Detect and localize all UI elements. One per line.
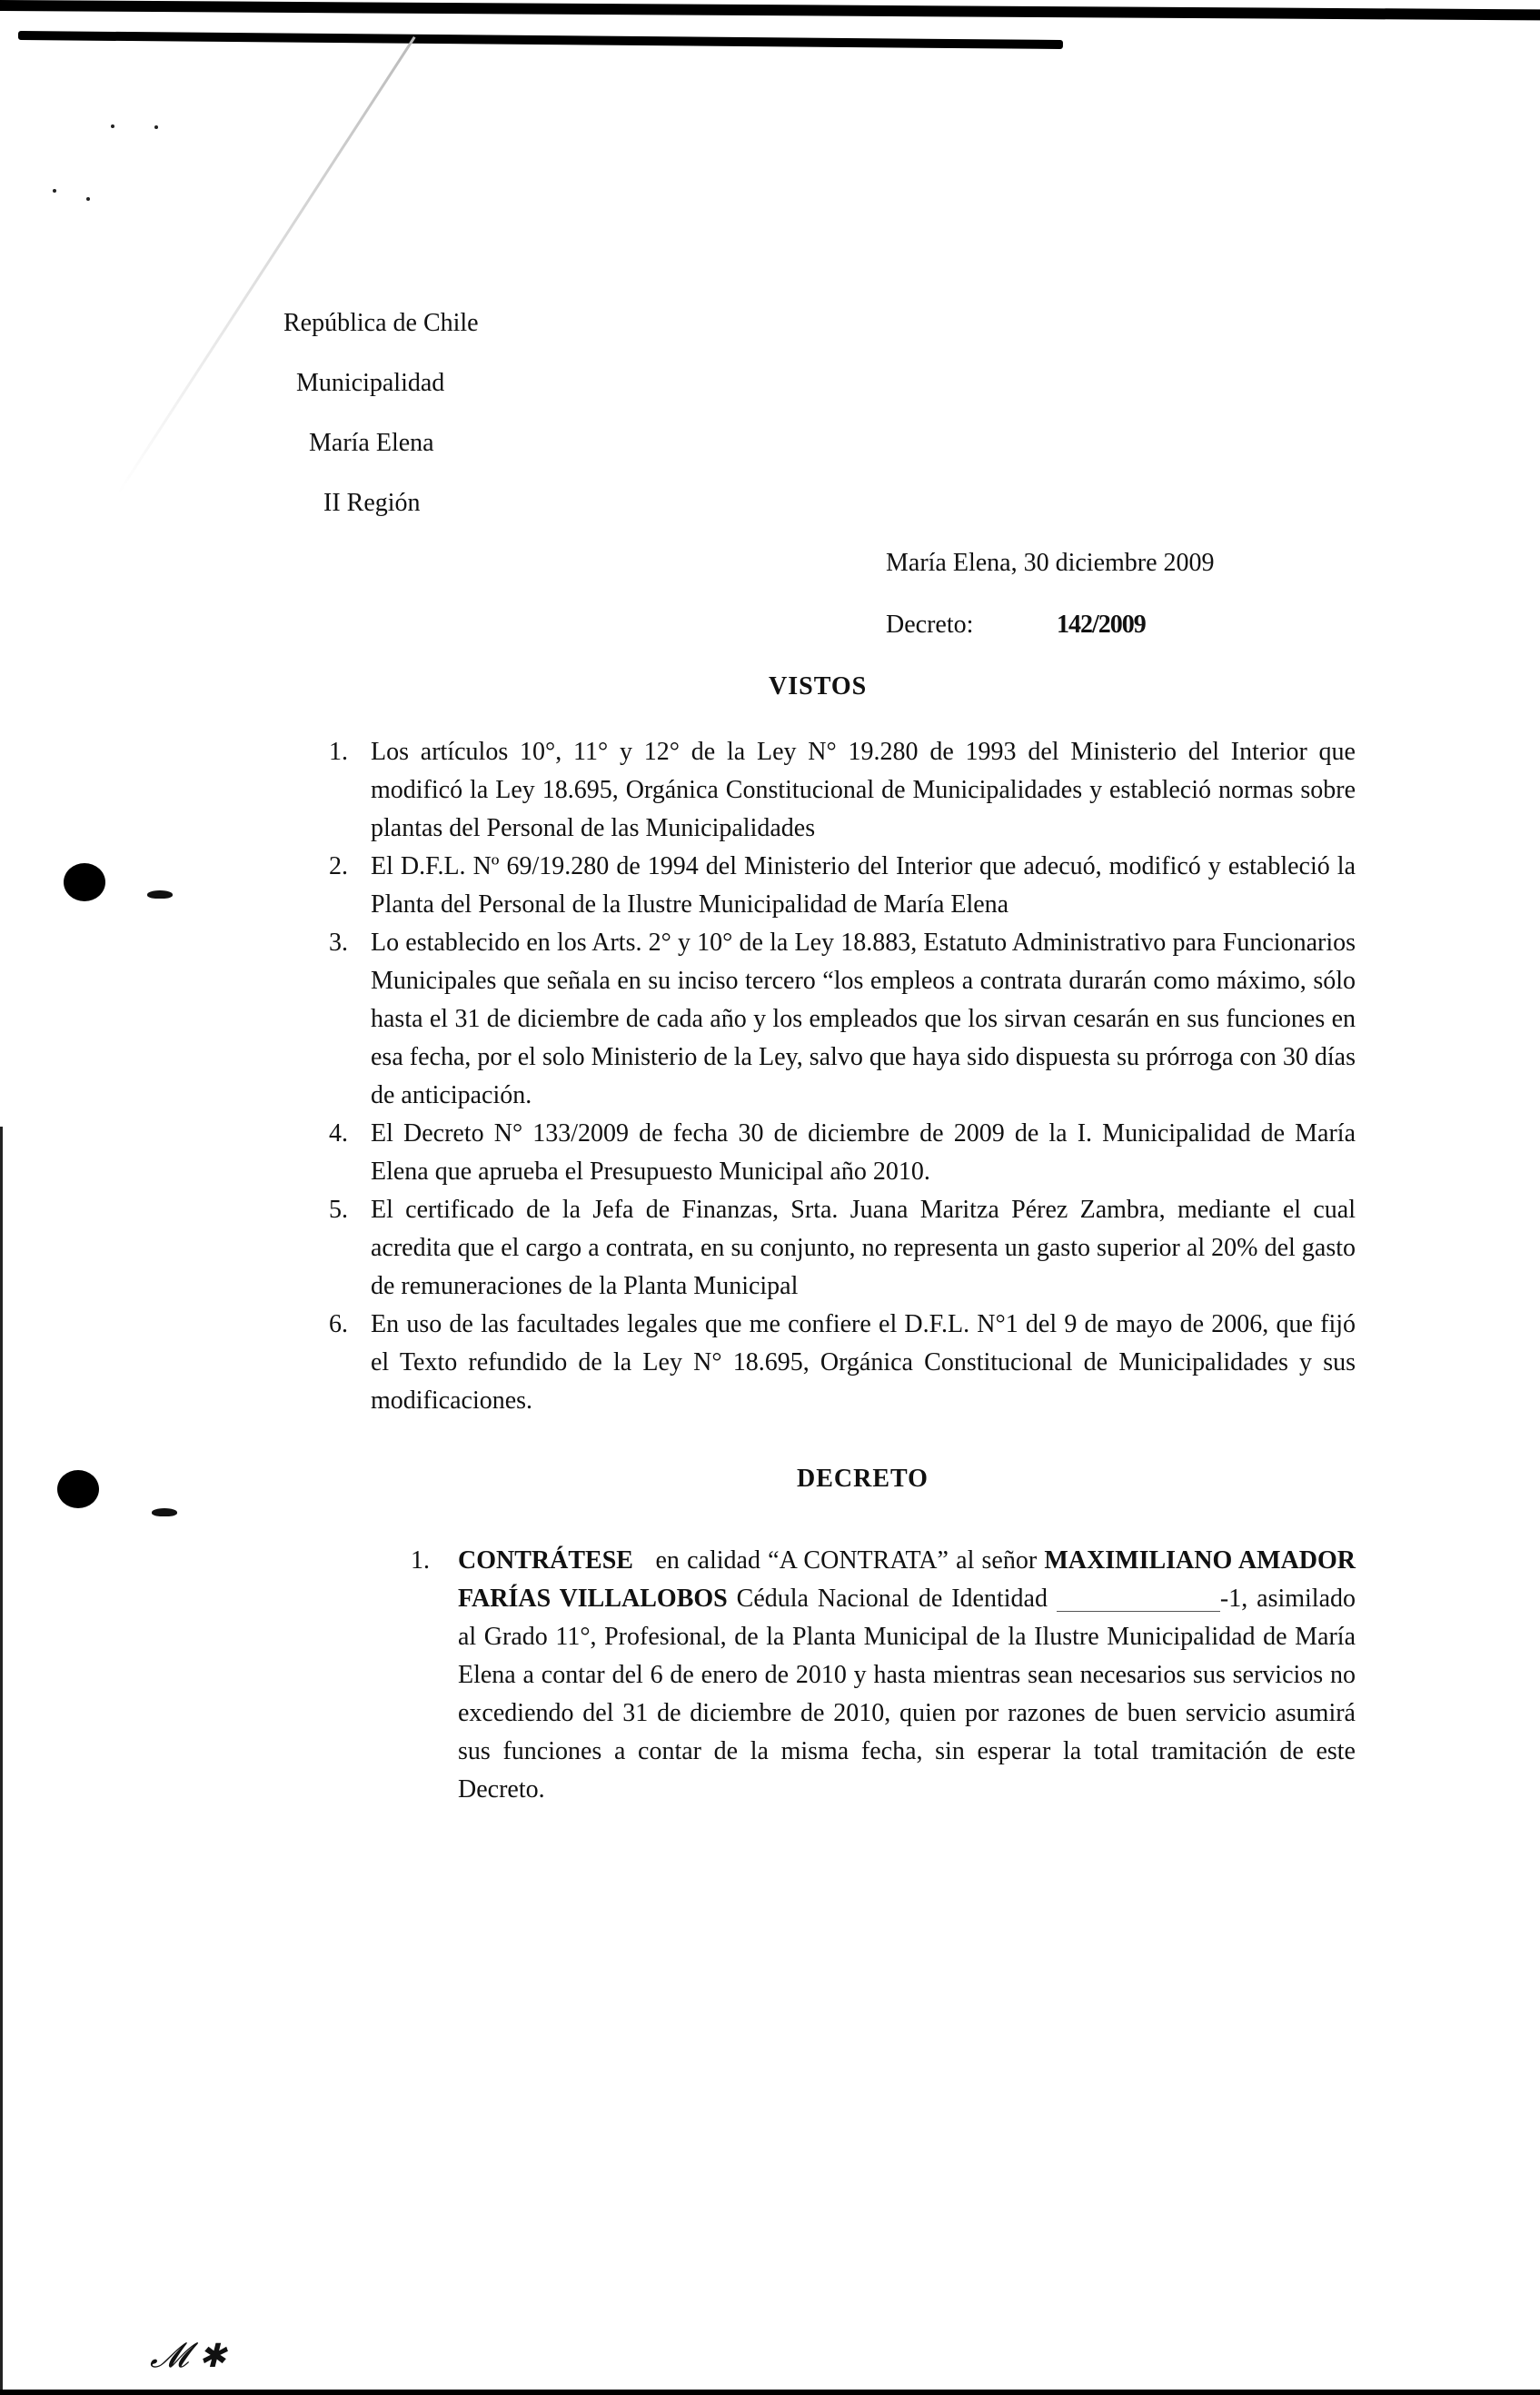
letterhead-region: II Región (323, 491, 421, 516)
decree-label: Decreto: (886, 611, 973, 639)
item-number: 5. (329, 1191, 348, 1229)
vistos-item: 4. El Decreto N° 133/2009 de fecha 30 de… (329, 1115, 1356, 1191)
item-number: 1. (329, 733, 348, 771)
item-text: El D.F.L. Nº 69/19.280 de 1994 del Minis… (371, 852, 1356, 919)
punch-hole-icon (64, 863, 105, 901)
scan-border-top (0, 0, 1540, 20)
decreto-list: 1. CONTRÁTESE en calidad “A CONTRATA” al… (411, 1542, 1356, 1809)
scan-speck (154, 125, 158, 129)
punch-hole-icon (57, 1470, 99, 1508)
vistos-item: 5. El certificado de la Jefa de Finanzas… (329, 1191, 1356, 1306)
id-suffix: -1 (1220, 1585, 1241, 1613)
section-title-decreto: DECRETO (797, 1465, 929, 1494)
letterhead-institution: Municipalidad (296, 371, 444, 396)
scan-fold-shadow (116, 36, 415, 495)
item-text: El certificado de la Jefa de Finanzas, S… (371, 1196, 1356, 1300)
punch-mark-icon (147, 890, 173, 899)
scan-rule-line (18, 31, 1063, 49)
letterhead-country: República de Chile (283, 311, 479, 336)
vistos-item: 1. Los artículos 10°, 11° y 12° de la Le… (329, 733, 1356, 848)
vistos-item: 2. El D.F.L. Nº 69/19.280 de 1994 del Mi… (329, 848, 1356, 924)
item-number: 3. (329, 924, 348, 962)
vistos-list: 1. Los artículos 10°, 11° y 12° de la Le… (329, 733, 1356, 1420)
item-text: Los artículos 10°, 11° y 12° de la Ley N… (371, 738, 1356, 842)
place-date: María Elena, 30 diciembre 2009 (886, 549, 1215, 578)
scan-left-edge (0, 1127, 3, 2395)
decreto-item: 1. CONTRÁTESE en calidad “A CONTRATA” al… (411, 1542, 1356, 1809)
section-title-vistos: VISTOS (769, 672, 867, 701)
item-text: en calidad “A CONTRATA” al señor (633, 1546, 1044, 1575)
decree-verb: CONTRÁTESE (458, 1546, 633, 1575)
item-text: Lo establecido en los Arts. 2° y 10° de … (371, 929, 1356, 1109)
letterhead-city: María Elena (309, 431, 434, 456)
decree-number-row: Decreto: 142/2009 (886, 611, 973, 640)
handwritten-initials: 𝓜 ✱ (150, 2335, 225, 2376)
item-number: 6. (329, 1306, 348, 1344)
item-number: 4. (329, 1115, 348, 1153)
redacted-id-field (1057, 1585, 1220, 1612)
vistos-item: 3. Lo establecido en los Arts. 2° y 10° … (329, 924, 1356, 1115)
scan-speck (111, 124, 114, 128)
scan-speck (86, 197, 90, 201)
item-text: El Decreto N° 133/2009 de fecha 30 de di… (371, 1119, 1356, 1186)
item-number: 1. (411, 1542, 430, 1580)
item-number: 2. (329, 848, 348, 886)
item-text: En uso de las facultades legales que me … (371, 1310, 1356, 1415)
punch-mark-icon (152, 1508, 177, 1516)
decree-number: 142/2009 (1057, 611, 1146, 640)
item-text: Cédula Nacional de Identidad (728, 1585, 1057, 1613)
scan-speck (53, 189, 56, 193)
item-text: , asimilado al Grado 11°, Profesional, d… (458, 1585, 1356, 1804)
scan-border-bottom (0, 2390, 1540, 2395)
vistos-item: 6. En uso de las facultades legales que … (329, 1306, 1356, 1420)
